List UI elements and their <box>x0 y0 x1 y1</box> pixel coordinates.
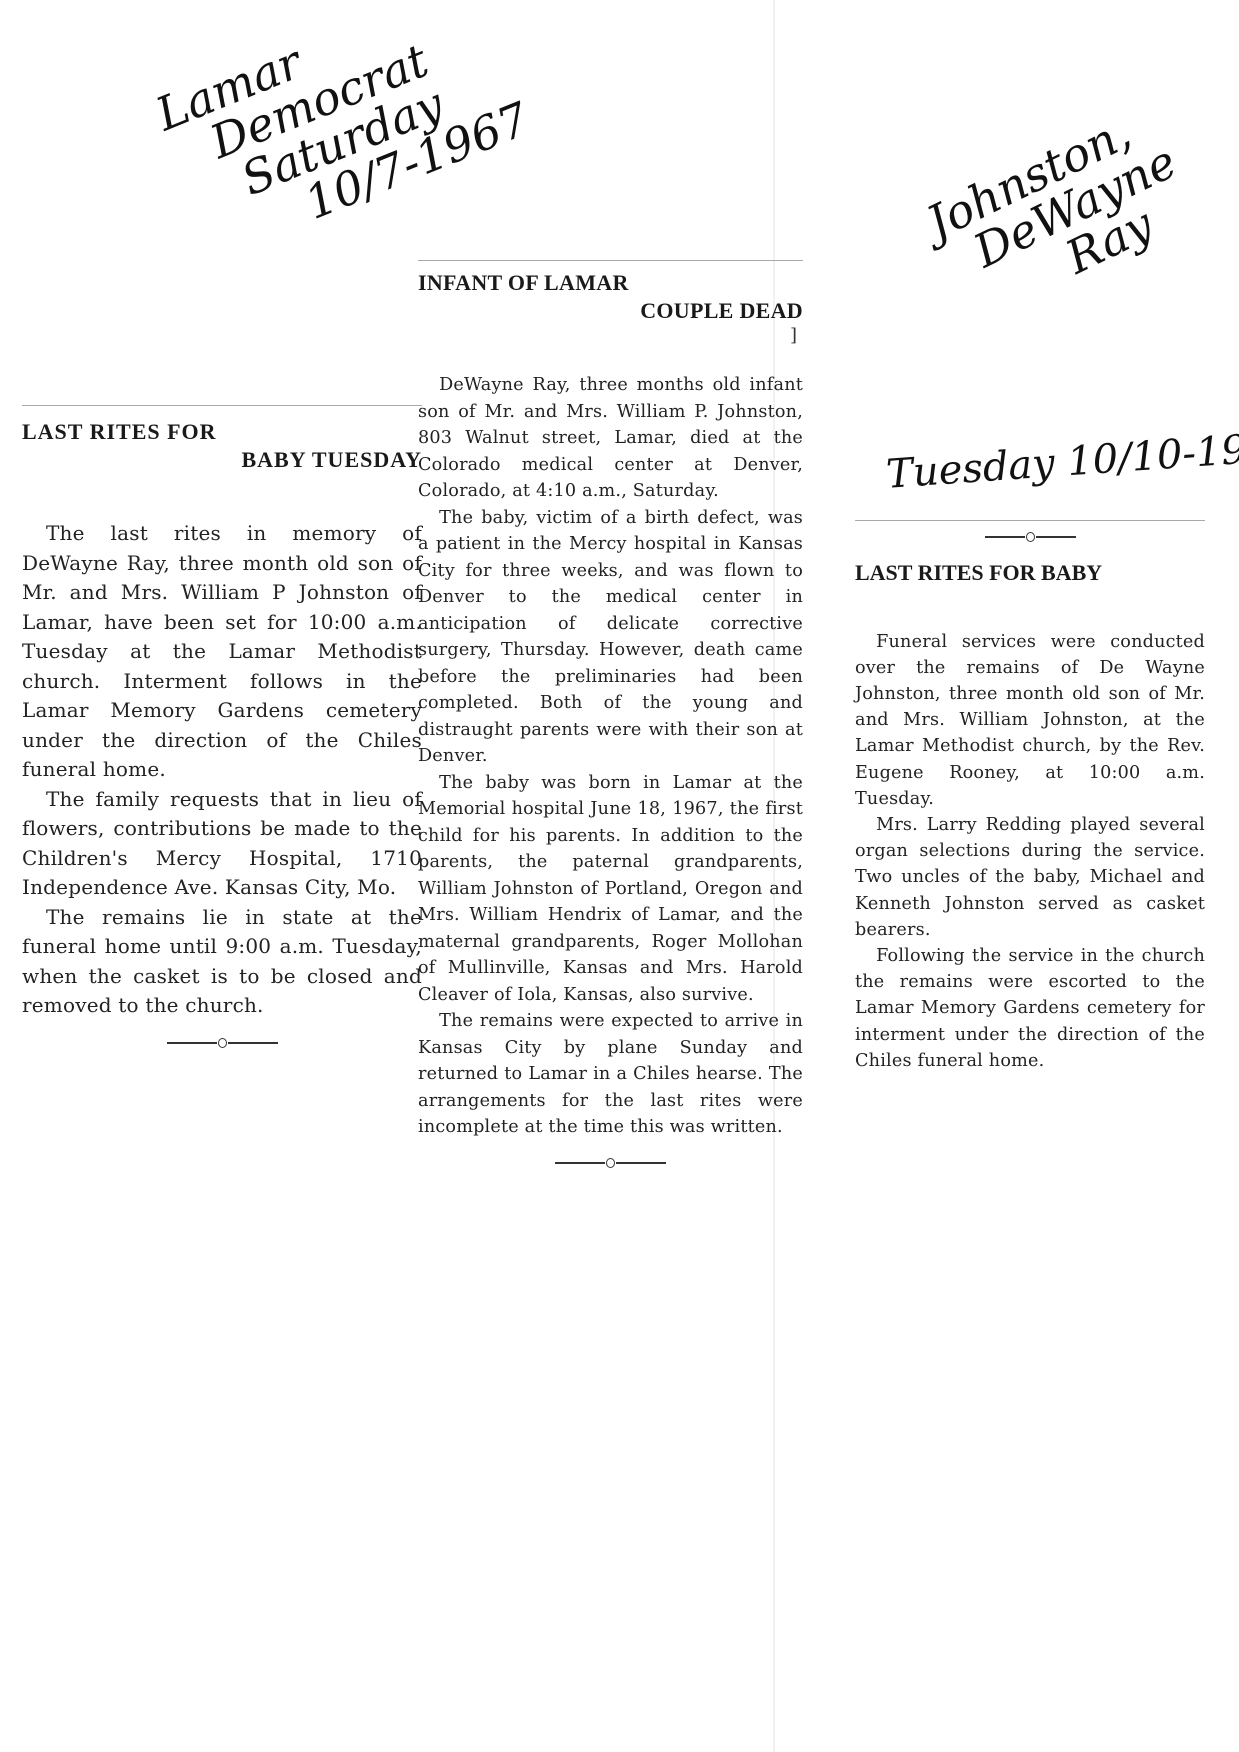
clipping-infant-of-lamar-couple-dead: INFANT OF LAMAR COUPLE DEAD DeWayne Ray,… <box>418 260 803 1171</box>
paragraph: The baby, victim of a birth defect, was … <box>418 505 803 770</box>
article-body: The last rites in memory of DeWayne Ray,… <box>22 519 422 1021</box>
clipping-last-rites-for-baby: LAST RITES FOR BABY Funeral services wer… <box>855 520 1205 1074</box>
headline-line-2: BABY TUESDAY <box>22 446 422 474</box>
margin-bracket-mark: ] <box>790 325 797 346</box>
headline: INFANT OF LAMAR COUPLE DEAD <box>418 269 803 324</box>
paragraph: Mrs. Larry Redding played several organ … <box>855 812 1205 943</box>
paragraph: The remains were expected to arrive in K… <box>418 1008 803 1141</box>
paragraph: DeWayne Ray, three months old infant son… <box>418 372 803 505</box>
article-body: Funeral services were conducted over the… <box>855 629 1205 1074</box>
handwritten-date-note: Tuesday 10/10-1967 <box>885 426 1239 495</box>
paragraph: Following the service in the church the … <box>855 943 1205 1074</box>
paragraph: The last rites in memory of DeWayne Ray,… <box>22 519 422 785</box>
headline-line-1: INFANT OF LAMAR <box>418 269 803 297</box>
paragraph: The remains lie in state at the funeral … <box>22 903 422 1021</box>
top-divider <box>855 529 1205 545</box>
article-body: DeWayne Ray, three months old infant son… <box>418 372 803 1141</box>
clipping-last-rites-for-baby-tuesday: LAST RITES FOR BABY TUESDAY The last rit… <box>22 405 422 1051</box>
headline: LAST RITES FOR BABY <box>855 559 1205 587</box>
top-rule <box>22 405 422 406</box>
top-rule <box>855 520 1205 521</box>
top-rule <box>418 260 803 261</box>
paragraph: The family requests that in lieu of flow… <box>22 785 422 903</box>
handwritten-source-note: Lamar Democrat Saturday 10/7-1967 <box>150 0 535 266</box>
headline: LAST RITES FOR BABY TUESDAY <box>22 418 422 473</box>
paragraph: The baby was born in Lamar at the Memori… <box>418 770 803 1009</box>
paragraph: Funeral services were conducted over the… <box>855 629 1205 812</box>
handwritten-name-note: Johnston, DeWayne Ray <box>920 96 1203 329</box>
end-divider <box>418 1155 803 1171</box>
headline-line-2: COUPLE DEAD <box>418 297 803 325</box>
headline-line-1: LAST RITES FOR BABY <box>855 559 1205 587</box>
headline-line-1: LAST RITES FOR <box>22 418 422 446</box>
end-divider <box>22 1035 422 1051</box>
